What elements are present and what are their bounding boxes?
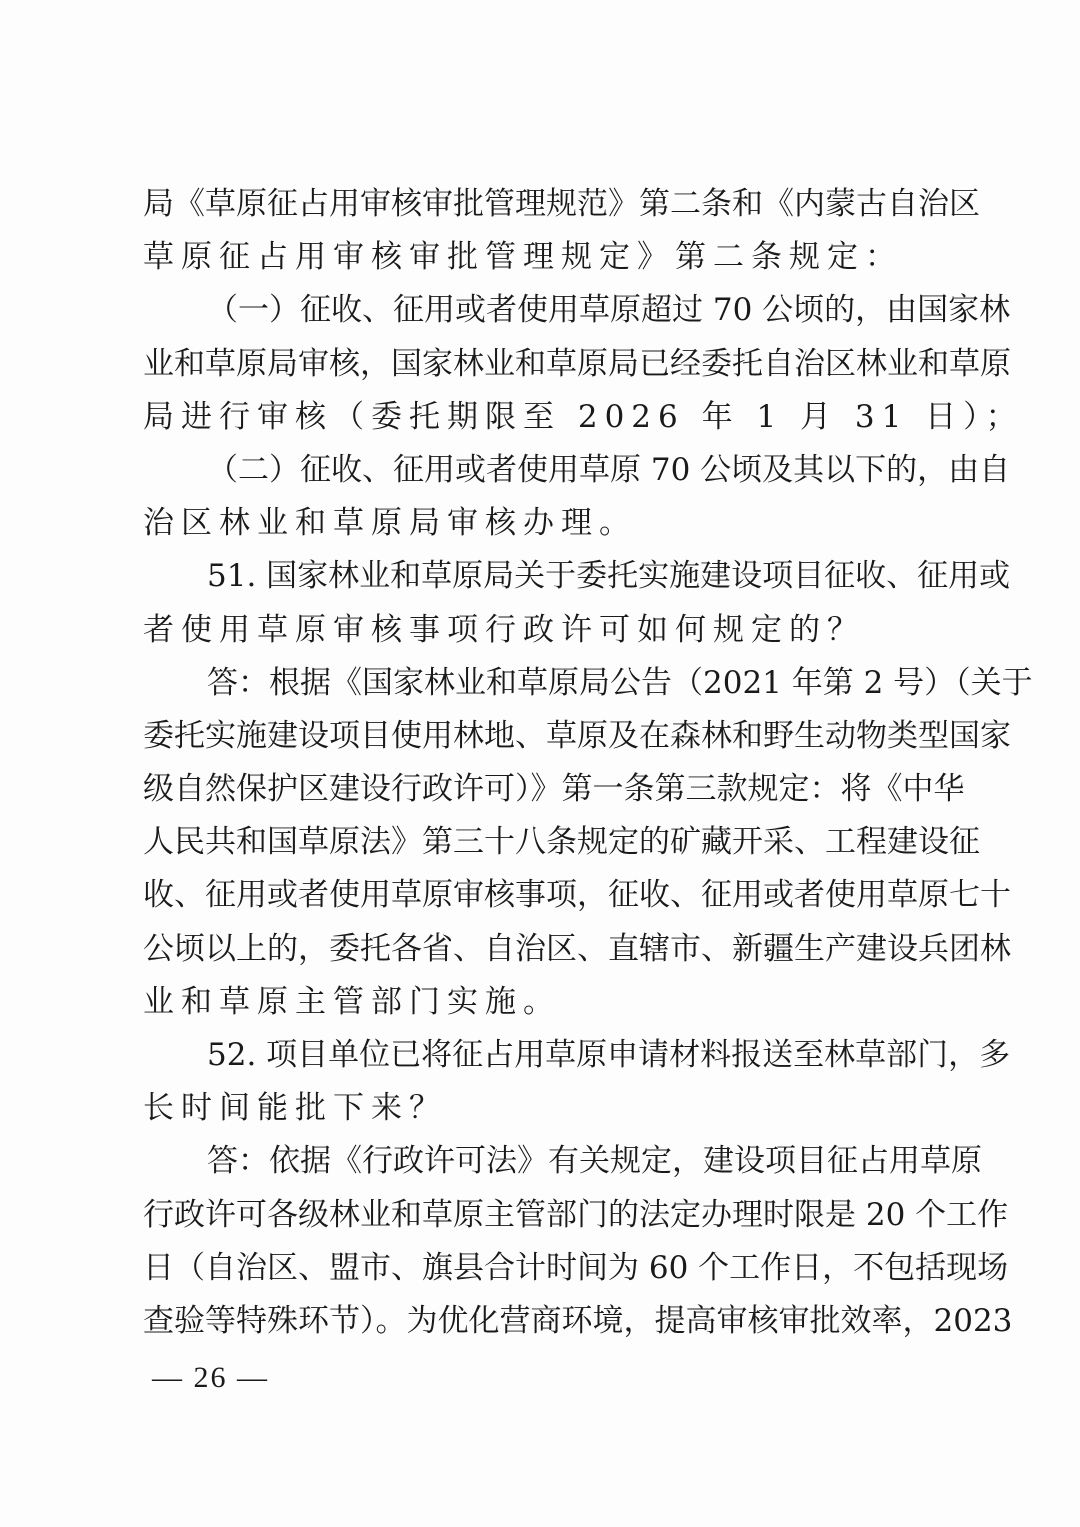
question-52-line: 52. 项目单位已将征占用草原申请材料报送至林草部门，多 xyxy=(143,1029,937,1082)
list-item-2-line: 治区林业和草原局审核办理。 xyxy=(143,497,937,550)
document-body: 局《草原征占用审核审批管理规范》第二条和《内蒙古自治区 草原征占用审核审批管理规… xyxy=(143,178,937,1348)
page-number: — 26 — xyxy=(152,1358,269,1398)
list-item-1-line: （一）征收、征用或者使用草原超过 70 公顷的，由国家林 xyxy=(143,284,937,337)
answer-51-line: 委托实施建设项目使用林地、草原及在森林和野生动物类型国家 xyxy=(143,710,937,763)
text-line: 草原征占用审核审批管理规定》第二条规定： xyxy=(143,231,937,284)
answer-52-line: 日（自治区、盟市、旗县合计时间为 60 个工作日，不包括现场 xyxy=(143,1242,937,1295)
question-52-line: 长时间能批下来？ xyxy=(143,1082,937,1135)
answer-51-line: 答：根据《国家林业和草原局公告（2021 年第 2 号）（关于 xyxy=(143,657,937,710)
answer-51-line: 收、征用或者使用草原审核事项，征收、征用或者使用草原七十 xyxy=(143,869,937,922)
list-item-1-line: 业和草原局审核，国家林业和草原局已经委托自治区林业和草原 xyxy=(143,338,937,391)
text-line: 局《草原征占用审核审批管理规范》第二条和《内蒙古自治区 xyxy=(143,178,937,231)
list-item-2-line: （二）征收、征用或者使用草原 70 公顷及其以下的，由自 xyxy=(143,444,937,497)
question-51-line: 者使用草原审核事项行政许可如何规定的？ xyxy=(143,604,937,657)
answer-52-line: 查验等特殊环节）。为优化营商环境，提高审核审批效率，2023 xyxy=(143,1295,937,1348)
answer-51-line: 业和草原主管部门实施。 xyxy=(143,976,937,1029)
answer-51-line: 级自然保护区建设行政许可）》第一条第三款规定：将《中华 xyxy=(143,763,937,816)
answer-52-line: 答：依据《行政许可法》有关规定，建设项目征占用草原 xyxy=(143,1135,937,1188)
answer-51-line: 人民共和国草原法》第三十八条规定的矿藏开采、工程建设征 xyxy=(143,816,937,869)
document-page: 局《草原征占用审核审批管理规范》第二条和《内蒙古自治区 草原征占用审核审批管理规… xyxy=(0,0,1080,1527)
list-item-1-line: 局进行审核（委托期限至 2026 年 1 月 31 日）； xyxy=(143,391,937,444)
answer-51-line: 公顷以上的，委托各省、自治区、直辖市、新疆生产建设兵团林 xyxy=(143,923,937,976)
question-51-line: 51. 国家林业和草原局关于委托实施建设项目征收、征用或 xyxy=(143,550,937,603)
answer-52-line: 行政许可各级林业和草原主管部门的法定办理时限是 20 个工作 xyxy=(143,1189,937,1242)
